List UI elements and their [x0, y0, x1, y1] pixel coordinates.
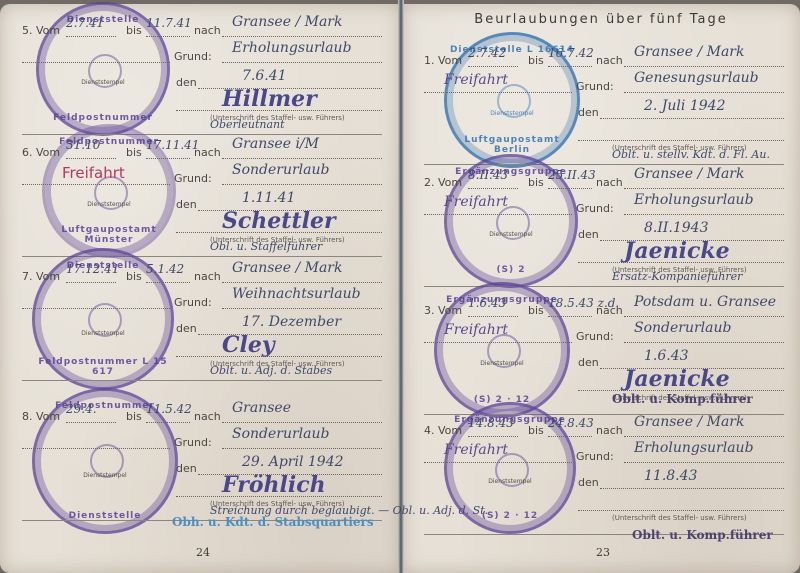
date-row: den	[424, 104, 784, 122]
destination-value: Gransee / Mark	[232, 260, 342, 276]
reason-label: Grund:	[174, 50, 212, 63]
destination-label: nach	[194, 24, 221, 37]
free-travel-annotation: Freifahrt	[62, 164, 125, 182]
leave-entry: ErgänzungsgruppeDienststempel(S) 2 · 124…	[424, 420, 784, 538]
destination-value: Gransee / Mark	[232, 14, 342, 30]
issue-date-value: 8.II.1943	[644, 220, 709, 236]
destination-value: Potsdam u. Gransee	[634, 294, 776, 310]
destination-value: Gransee / Mark	[634, 414, 744, 430]
officer-signature: Schettler	[222, 208, 336, 234]
right-page-heading: Beurlaubungen über fünf Tage	[402, 12, 800, 27]
from-label: Vom	[438, 176, 462, 189]
officer-signature: Jaenicke	[624, 238, 730, 264]
from-date-value: 2.7.42	[468, 46, 506, 60]
reason-label: Grund:	[576, 80, 614, 93]
date-label: den	[578, 228, 599, 241]
reason-value: Erholungsurlaub	[634, 440, 754, 456]
to-date-value: 11.7.41	[146, 16, 192, 30]
entry-number: 5.	[22, 24, 33, 37]
entry-number: 4.	[424, 424, 435, 437]
issue-date-value: 2. Juli 1942	[644, 98, 725, 114]
date-row: den	[22, 74, 382, 92]
from-label: Vom	[438, 424, 462, 437]
leave-entry: DienststelleDienststempelFeldpostnummer …	[22, 266, 382, 384]
entry-number: 6.	[22, 146, 33, 159]
reason-value: Erholungsurlaub	[232, 40, 352, 56]
officer-signature: Hillmer	[222, 86, 317, 112]
date-label: den	[176, 198, 197, 211]
reason-label: Grund:	[174, 296, 212, 309]
from-label: Vom	[36, 410, 60, 423]
destination-value: Gransee / Mark	[634, 166, 744, 182]
leave-entry: ErgänzungsgruppeDienststempel(S) 22.Vomb…	[424, 172, 784, 290]
destination-label: nach	[194, 270, 221, 283]
signature-line	[578, 126, 784, 141]
from-label: Vom	[438, 304, 462, 317]
to-date-value: 25.II.43	[548, 168, 596, 182]
signature-row	[424, 496, 784, 514]
signature-row	[424, 126, 784, 144]
issue-date-value: 1.11.41	[242, 190, 295, 206]
reason-value: Weihnachtsurlaub	[232, 286, 361, 302]
destination-label: nach	[596, 176, 623, 189]
reason-value: Sonderurlaub	[634, 320, 732, 336]
officer-stamp-left: Obh. u. Kdt. d. Stabsquartiers	[172, 515, 374, 529]
signature-rank-note: Oberleutnant	[210, 118, 285, 131]
signature-row	[22, 342, 382, 360]
reason-left-line	[22, 434, 170, 449]
reason-label: Grund:	[576, 202, 614, 215]
to-date-value: 17.11.41	[146, 138, 199, 152]
signature-line	[578, 496, 784, 511]
date-label: den	[176, 76, 197, 89]
entry-number: 8.	[22, 410, 33, 423]
reason-value: Sonderurlaub	[232, 162, 330, 178]
to-date-value: 11.5.42	[146, 402, 192, 416]
to-date-value: 16.7.42	[548, 46, 594, 60]
issue-date-value: 11.8.43	[644, 468, 697, 484]
reason-value: Genesungsurlaub	[634, 70, 759, 86]
date-label: den	[578, 476, 599, 489]
from-date-value: 1.6.43	[468, 296, 506, 310]
signature-rank-note: Ersatz-Kompanieführer	[612, 270, 742, 283]
from-date-value: 29.4.	[66, 402, 97, 416]
date-row: den	[424, 226, 784, 244]
entry-number: 3.	[424, 304, 435, 317]
destination-label: nach	[596, 424, 623, 437]
issue-date-value: 17. Dezember	[242, 314, 341, 330]
issue-date-value: 1.6.43	[644, 348, 689, 364]
signature-row	[424, 248, 784, 266]
entry-number: 7.	[22, 270, 33, 283]
stamp-bottom-text: Feldpostnummer	[39, 113, 167, 123]
from-date-value: 14.8.43	[468, 416, 514, 430]
to-label: bis	[126, 146, 142, 159]
booklet-spine	[398, 0, 404, 573]
destination-value: Gransee	[232, 400, 291, 416]
leave-entry: DienststelleDienststempelFeldpostnummer5…	[22, 20, 382, 138]
destination-value: Gransee / Mark	[634, 44, 744, 60]
date-label: den	[176, 462, 197, 475]
date-row: den	[424, 474, 784, 492]
leave-entry: FeldpostnummerDienststempelLuftgaupostam…	[22, 142, 382, 260]
leave-entry: Dienststelle L 16614DienststempelLuftgau…	[424, 50, 784, 168]
to-label: bis	[126, 270, 142, 283]
from-label: Vom	[438, 54, 462, 67]
signature-rank-note: Obl. u. Staffelführer	[210, 240, 322, 253]
officer-stamp-right: Oblt. u. Komp.führer	[632, 528, 773, 542]
leave-entry: FeldpostnummerDienststempelDienststelle8…	[22, 406, 382, 524]
officer-signature: Fröhlich	[222, 472, 326, 498]
to-date-value: 18.5.43 z.d.	[548, 296, 619, 310]
reason-left-line	[22, 48, 170, 63]
signature-rank-note: Oblt. u. stellv. Kdt. d. Fl. Au.	[612, 148, 770, 161]
reason-label: Grund:	[576, 330, 614, 343]
from-date-value: 31.10	[66, 138, 100, 152]
to-label: bis	[126, 410, 142, 423]
date-label: den	[176, 322, 197, 335]
free-travel-annotation: Freifahrt	[444, 72, 508, 88]
issue-date-value: 29. April 1942	[242, 454, 344, 470]
reason-left-line	[22, 294, 170, 309]
from-label: Vom	[36, 270, 60, 283]
reason-value: Sonderurlaub	[232, 426, 330, 442]
from-label: Vom	[36, 146, 60, 159]
from-label: Vom	[36, 24, 60, 37]
free-travel-annotation: Freifahrt	[444, 194, 508, 210]
entry-number: 2.	[424, 176, 435, 189]
to-label: bis	[528, 54, 544, 67]
to-date-value: 24.8.43	[548, 416, 594, 430]
entry-number: 1.	[424, 54, 435, 67]
page-number-left: 24	[196, 546, 210, 559]
entry-separator	[22, 380, 382, 381]
officer-signature: Cley	[222, 332, 275, 358]
to-label: bis	[126, 24, 142, 37]
destination-label: nach	[596, 54, 623, 67]
signature-line	[176, 342, 382, 357]
reason-label: Grund:	[576, 450, 614, 463]
date-row: den	[424, 354, 784, 372]
date-label: den	[578, 106, 599, 119]
free-travel-annotation: Freifahrt	[444, 442, 508, 458]
signature-row	[22, 482, 382, 500]
signature-row	[22, 96, 382, 114]
to-label: bis	[528, 176, 544, 189]
issue-date-value: 7.6.41	[242, 68, 287, 84]
page-number-right: 23	[596, 546, 610, 559]
signature-caption: (Unterschrift des Staffel- usw. Führers)	[612, 514, 747, 522]
stamp-bottom-text: (S) 2	[447, 265, 575, 275]
officer-stamp-right: Oblt. u. Komp.führer	[612, 392, 753, 406]
from-date-value: 17.12.41	[66, 262, 119, 276]
to-label: bis	[528, 424, 544, 437]
reason-label: Grund:	[174, 436, 212, 449]
to-date-value: 5.1.42	[146, 262, 184, 276]
reason-value: Erholungsurlaub	[634, 192, 754, 208]
from-date-value: 2.7.41	[66, 16, 104, 30]
reason-label: Grund:	[174, 172, 212, 185]
stamp-bottom-text: Feldpostnummer L 15 617	[35, 357, 171, 377]
officer-signature: Jaenicke	[624, 366, 730, 392]
signature-rank-note: Oblt. u. Adj. d. Stabes	[210, 364, 332, 377]
to-label: bis	[528, 304, 544, 317]
from-date-value: 8.II.43	[468, 168, 508, 182]
destination-label: nach	[194, 410, 221, 423]
destination-value: Gransee i/M	[232, 136, 319, 152]
free-travel-annotation: Freifahrt	[444, 322, 508, 338]
date-label: den	[578, 356, 599, 369]
